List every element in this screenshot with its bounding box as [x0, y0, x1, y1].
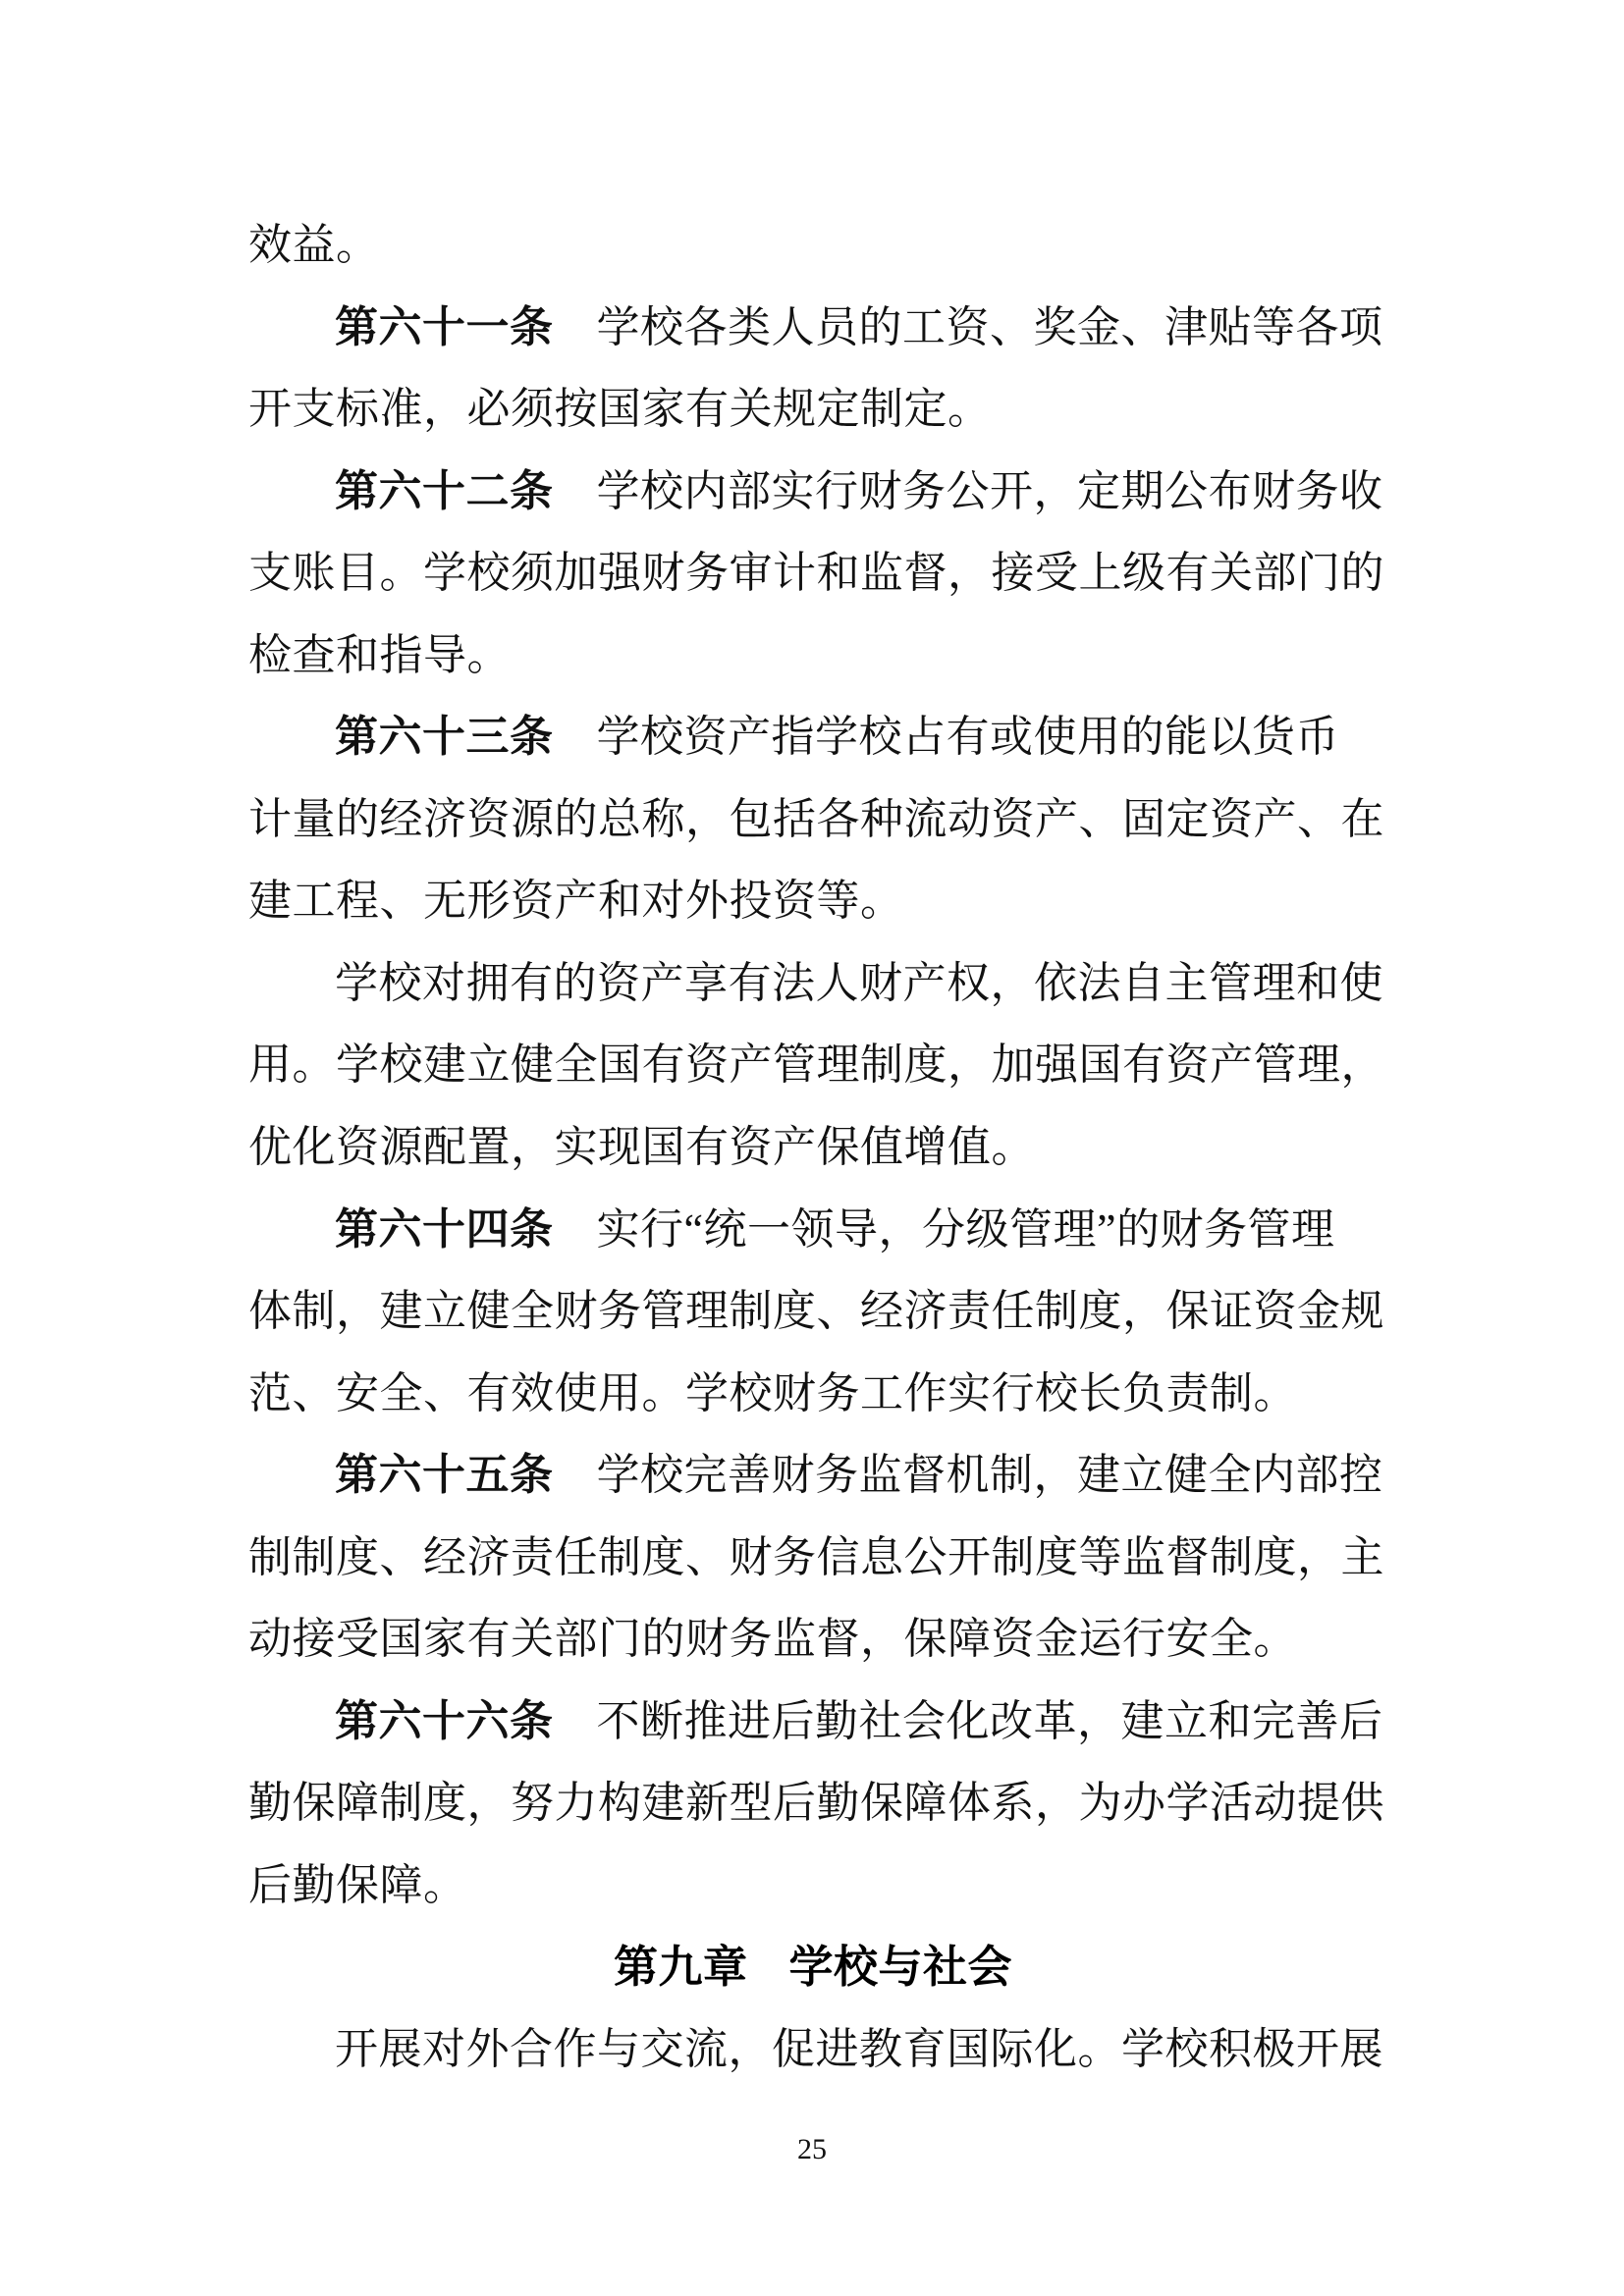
line-text: 体制，建立健全财务管理制度、经济责任制度，保证资金规: [248, 1287, 1384, 1335]
article-number: 第六十三条: [335, 713, 554, 761]
text-line: 范、安全、有效使用。学校财务工作实行校长负责制。: [248, 1353, 1378, 1435]
line-text: 学校资产指学校占有或使用的能以货币: [597, 713, 1340, 761]
page-number: 25: [0, 2128, 1624, 2171]
article-number: 第六十四条: [335, 1205, 554, 1254]
line-text: 学校完善财务监督机制，建立健全内部控: [597, 1451, 1383, 1499]
line-text: 用。学校建立健全国有资产管理制度，加强国有资产管理，: [248, 1041, 1384, 1089]
text-line: 建工程、无形资产和对外投资等。: [248, 860, 1378, 942]
line-text: 制制度、经济责任制度、财务信息公开制度等监督制度，主: [248, 1533, 1384, 1581]
line-text: 动接受国家有关部门的财务监督，保障资金运行安全。: [248, 1615, 1297, 1663]
spacer: [554, 1735, 597, 1735]
text-line: 第六十五条学校完善财务监督机制，建立健全内部控: [248, 1434, 1378, 1517]
text-line: 体制，建立健全财务管理制度、经济责任制度，保证资金规: [248, 1270, 1378, 1353]
text-line: 学校对拥有的资产享有法人财产权，依法自主管理和使: [248, 942, 1378, 1025]
spacer: [554, 1488, 597, 1489]
line-text: 开支标准，必须按国家有关规定制定。: [248, 385, 992, 433]
text-line: 第六十二条学校内部实行财务公开，定期公布财务收: [248, 451, 1378, 533]
line-text: 勤保障制度，努力构建新型后勤保障体系，为办学活动提供: [248, 1779, 1384, 1827]
article-number: 第六十五条: [335, 1451, 554, 1499]
spacer: [748, 1981, 789, 1982]
text-line: 第六十三条学校资产指学校占有或使用的能以货币: [248, 696, 1378, 778]
body-text: 效益。 第六十一条学校各类人员的工资、奖金、津贴等各项 开支标准，必须按国家有关…: [248, 204, 1378, 2091]
spacer: [554, 505, 597, 506]
document-page: 效益。 第六十一条学校各类人员的工资、奖金、津贴等各项 开支标准，必须按国家有关…: [0, 0, 1624, 2296]
spacer: [554, 750, 597, 751]
article-number: 第六十二条: [335, 467, 554, 515]
article-number: 第六十一条: [335, 303, 554, 351]
text-line: 效益。: [248, 204, 1378, 287]
line-text: 学校内部实行财务公开，定期公布财务收: [597, 467, 1383, 515]
text-line: 开展对外合作与交流，促进教育国际化。学校积极开展: [248, 2008, 1378, 2091]
line-text: 不断推进后勤社会化改革，建立和完善后: [597, 1697, 1383, 1745]
chapter-number: 第九章: [614, 1942, 748, 1992]
text-line: 支账目。学校须加强财务审计和监督，接受上级有关部门的: [248, 532, 1378, 614]
text-line: 用。学校建立健全国有资产管理制度，加强国有资产管理，: [248, 1024, 1378, 1106]
chapter-title: 学校与社会: [789, 1942, 1013, 1992]
line-text: 效益。: [248, 221, 380, 269]
text-line: 第六十四条实行“统一领导，分级管理”的财务管理: [248, 1189, 1378, 1271]
text-line: 后勤保障。: [248, 1844, 1378, 1927]
chapter-heading: 第九章学校与社会: [248, 1926, 1378, 2008]
line-text: 后勤保障。: [248, 1861, 467, 1909]
text-line: 第六十一条学校各类人员的工资、奖金、津贴等各项: [248, 287, 1378, 369]
line-text: 优化资源配置，实现国有资产保值增值。: [248, 1123, 1035, 1171]
text-line: 开支标准，必须按国家有关规定制定。: [248, 368, 1378, 451]
line-text: 检查和指导。: [248, 631, 511, 679]
line-text: 实行“统一领导，分级管理”的财务管理: [597, 1205, 1335, 1254]
text-line: 制制度、经济责任制度、财务信息公开制度等监督制度，主: [248, 1517, 1378, 1599]
text-line: 勤保障制度，努力构建新型后勤保障体系，为办学活动提供: [248, 1762, 1378, 1844]
line-text: 学校对拥有的资产享有法人财产权，依法自主管理和使: [335, 959, 1383, 1007]
article-number: 第六十六条: [335, 1697, 554, 1745]
line-text: 开展对外合作与交流，促进教育国际化。学校积极开展: [335, 2025, 1383, 2073]
text-line: 动接受国家有关部门的财务监督，保障资金运行安全。: [248, 1598, 1378, 1681]
line-text: 支账目。学校须加强财务审计和监督，接受上级有关部门的: [248, 549, 1384, 597]
spacer: [554, 341, 597, 342]
line-text: 范、安全、有效使用。学校财务工作实行校长负责制。: [248, 1369, 1297, 1417]
text-line: 优化资源配置，实现国有资产保值增值。: [248, 1106, 1378, 1189]
line-text: 计量的经济资源的总称，包括各种流动资产、固定资产、在: [248, 795, 1384, 843]
line-text: 学校各类人员的工资、奖金、津贴等各项: [597, 303, 1383, 351]
line-text: 建工程、无形资产和对外投资等。: [248, 877, 904, 925]
text-line: 计量的经济资源的总称，包括各种流动资产、固定资产、在: [248, 778, 1378, 861]
text-line: 检查和指导。: [248, 614, 1378, 697]
spacer: [554, 1243, 597, 1244]
text-line: 第六十六条不断推进后勤社会化改革，建立和完善后: [248, 1681, 1378, 1763]
